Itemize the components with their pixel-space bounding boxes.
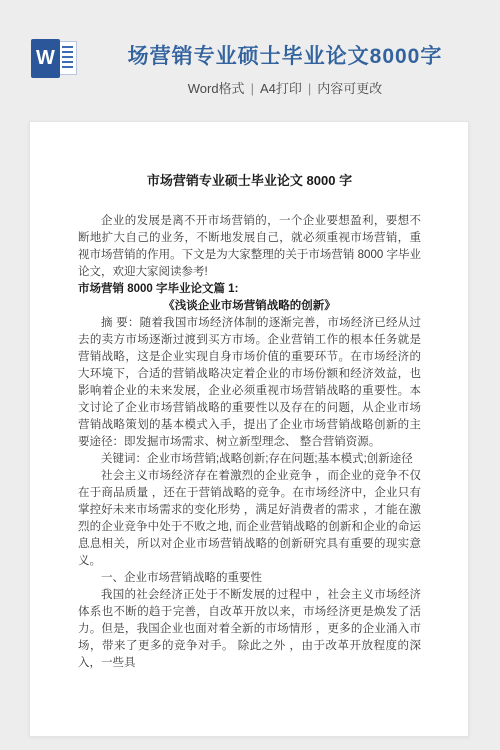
document-page: 市场营销专业硕士毕业论文 8000 字 企业的发展是离不开市场营销的，一个企业要…	[29, 121, 469, 737]
document-paragraph: 《浅谈企业市场营销战略的创新》	[78, 298, 421, 315]
page-title: 场营销专业硕士毕业论文8000字	[76, 44, 494, 70]
document-paragraph: 一、企业市场营销战略的重要性	[78, 570, 421, 587]
document-paragraph: 市场营销 8000 字毕业论文篇 1:	[78, 281, 421, 298]
separator: |	[302, 81, 317, 96]
document-paragraph: 摘 要：随着我国市场经济体制的逐渐完善，市场经济已经从过去的卖方市场逐渐过渡到买…	[78, 315, 421, 451]
document-paragraph: 关键词：企业市场营销;战略创新;存在问题;基本模式;创新途径	[78, 451, 421, 468]
format-info: Word格式|A4打印|内容可更改	[76, 78, 494, 97]
word-icon-letter: W	[31, 39, 60, 78]
word-icon-sheet	[58, 41, 77, 75]
document-paragraph: 社会主义市场经济存在着激烈的企业竞争 ，而企业的竞争不仅在于商品质量 ，还在于营…	[78, 468, 421, 570]
header-text: 场营销专业硕士毕业论文8000字 Word格式|A4打印|内容可更改	[76, 44, 494, 97]
separator: |	[245, 81, 260, 96]
header: W 场营销专业硕士毕业论文8000字 Word格式|A4打印|内容可更改	[0, 0, 500, 121]
format-print: A4打印	[260, 81, 302, 96]
word-icon-sheet-lines	[62, 46, 73, 70]
format-word: Word格式	[188, 81, 245, 96]
document-title: 市场营销专业硕士毕业论文 8000 字	[78, 172, 421, 189]
format-editable: 内容可更改	[317, 81, 382, 96]
document-paragraph: 我国的社会经济正处于不断发展的过程中 ，社会主义市场经济体系也不断的趋于完善，自…	[78, 587, 421, 672]
word-file-icon: W	[31, 39, 77, 78]
document-paragraph: 企业的发展是离不开市场营销的，一个企业要想盈利，要想不断地扩大自己的业务，不断地…	[78, 213, 421, 281]
